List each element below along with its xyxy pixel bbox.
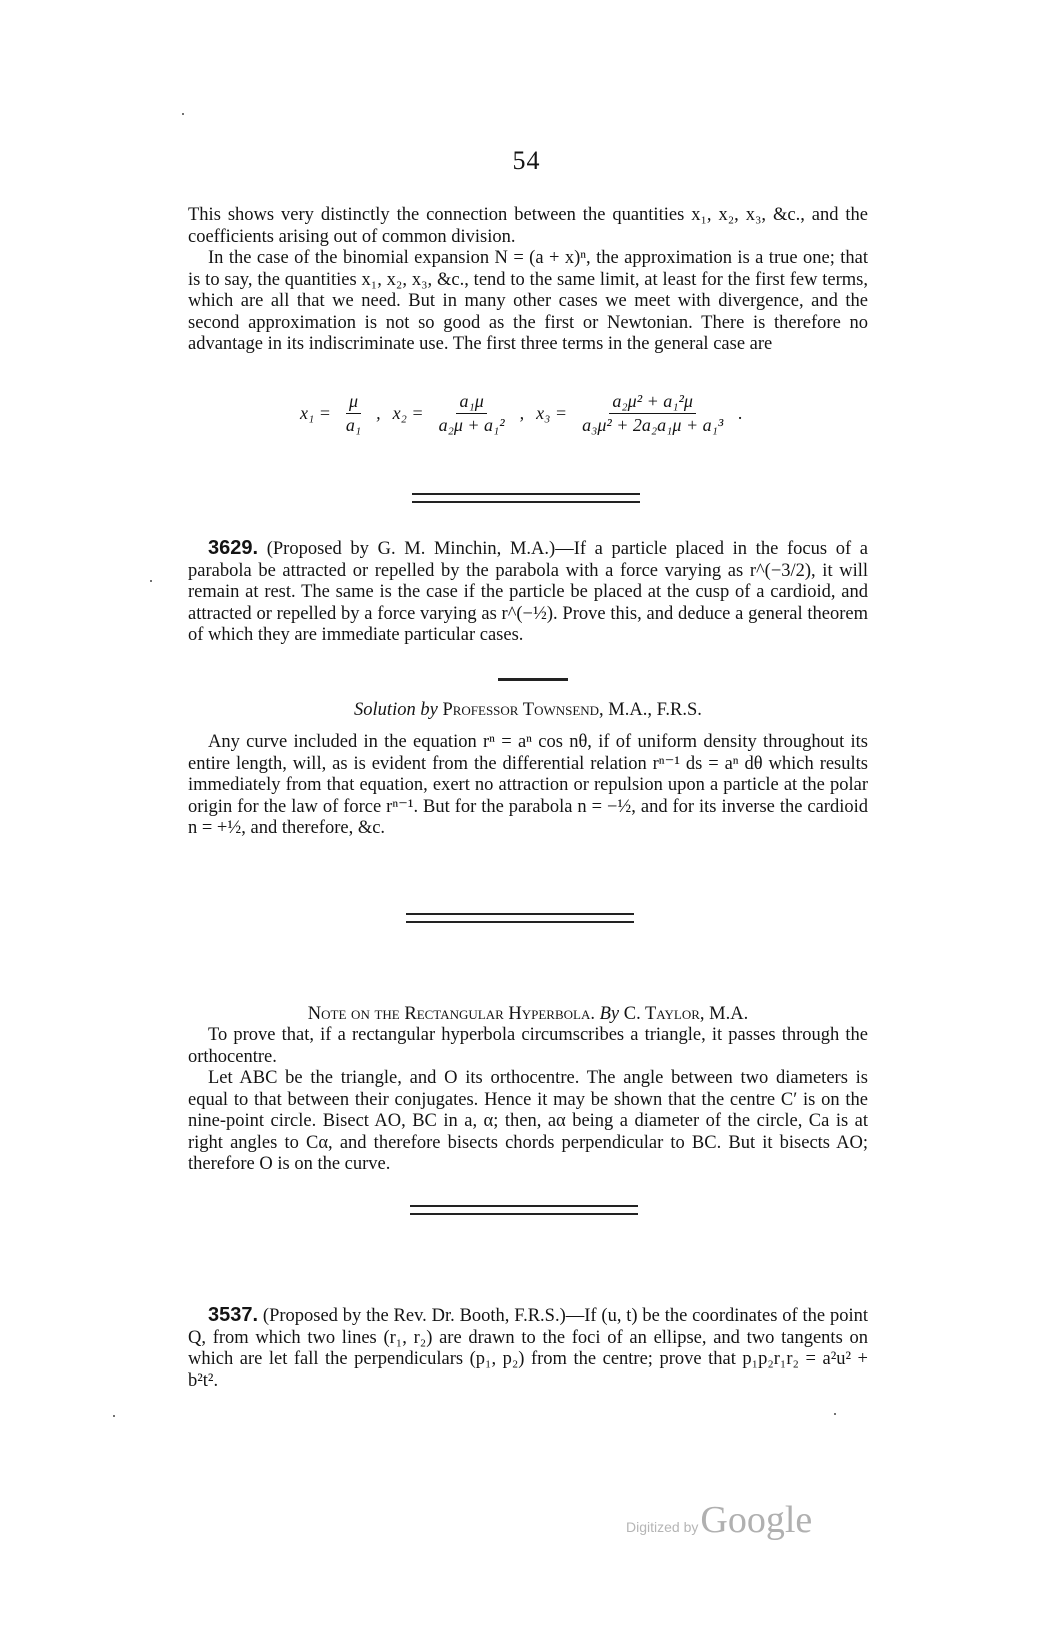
solution-heading: Solution by Professor Townsend, M.A., F.…: [188, 700, 868, 722]
x2-fraction: a₁μ a₂μ + a₁²: [436, 391, 508, 436]
digitized-watermark: Digitized by Google: [626, 1498, 812, 1542]
x1-fraction: μ a₁: [343, 391, 364, 436]
scan-speck: [113, 1415, 115, 1417]
intro-section: This shows very distinctly the connectio…: [188, 205, 868, 356]
x1-lhs: x₁ =: [300, 403, 331, 424]
question-number: 3629.: [208, 537, 258, 559]
google-logo-text: Google: [700, 1498, 812, 1542]
page-number: 54: [0, 146, 1053, 176]
solution-text: Any curve included in the equation rⁿ = …: [188, 732, 868, 840]
question-3629: 3629. (Proposed by G. M. Minchin, M.A.)—…: [188, 538, 868, 647]
section-divider: [410, 1205, 638, 1215]
solution-author: Professor Townsend, M.A., F.R.S.: [442, 700, 702, 720]
question-proposer: (Proposed by the Rev. Dr. Booth, F.R.S.): [263, 1306, 566, 1326]
note-heading: Note on the Rectangular Hyperbola. By C.…: [188, 1004, 868, 1026]
section-divider: [406, 913, 634, 923]
note-author: C. Taylor, M.A.: [624, 1004, 748, 1024]
question-number: 3537.: [208, 1304, 258, 1326]
x2-lhs: x₂ =: [393, 403, 424, 424]
solution-body: Any curve included in the equation rⁿ = …: [188, 732, 868, 840]
scan-speck: [834, 1413, 836, 1415]
scan-speck: [182, 113, 184, 115]
intro-paragraph-1: This shows very distinctly the connectio…: [188, 205, 868, 248]
approximation-formula: x₁ = μ a₁ , x₂ = a₁μ a₂μ + a₁² , x₃ = a₂…: [300, 388, 770, 438]
x3-fraction: a₂μ² + a₁²μ a₃μ² + 2a₂a₁μ + a₁³: [579, 391, 726, 436]
scan-speck: [150, 580, 152, 582]
note-body: To prove that, if a rectangular hyperbol…: [188, 1025, 868, 1176]
question-proposer: (Proposed by G. M. Minchin, M.A.): [267, 539, 555, 559]
solution-divider: [498, 678, 568, 681]
section-divider: [412, 493, 640, 503]
note-paragraph-2: Let ABC be the triangle, and O its ortho…: [188, 1068, 868, 1176]
note-title: Note on the Rectangular Hyperbola.: [308, 1004, 595, 1024]
note-paragraph-1: To prove that, if a rectangular hyperbol…: [188, 1025, 868, 1068]
intro-paragraph-2: In the case of the binomial expansion N …: [188, 248, 868, 356]
question-3537: 3537. (Proposed by the Rev. Dr. Booth, F…: [188, 1305, 868, 1392]
x3-lhs: x₃ =: [536, 403, 567, 424]
